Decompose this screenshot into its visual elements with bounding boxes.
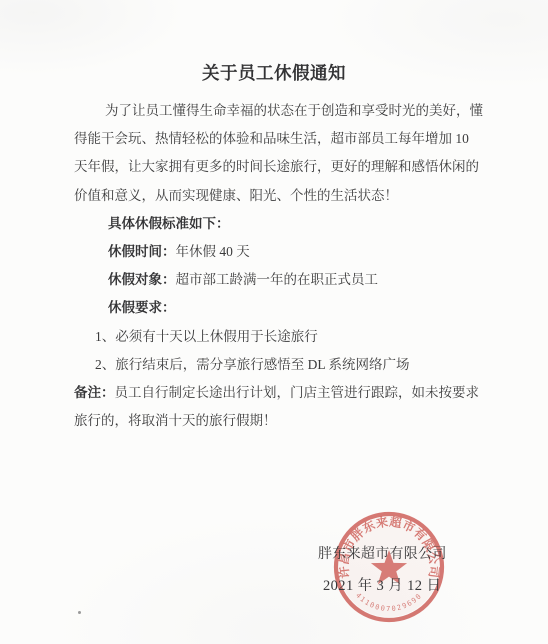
document-title: 关于员工休假通知 xyxy=(0,60,548,85)
signature-company: 胖东来超市有限公司 xyxy=(318,543,447,563)
vacation-time-line: 休假时间：年休假 40 天 xyxy=(74,238,470,266)
requirements-header: 休假要求： xyxy=(74,294,470,322)
note-label: 备注： xyxy=(74,385,115,400)
notice-document: 关于员工休假通知 为了让员工懂得生命幸福的状态在于创造和享受时光的美好，懂 得能… xyxy=(0,0,548,644)
vacation-target-label: 休假对象： xyxy=(108,272,176,287)
company-seal-stamp: 许昌市胖东来超市有限公司 4110007029690 xyxy=(333,504,445,630)
requirement-item-1: 1、必须有十天以上休假用于长途旅行 xyxy=(74,323,470,351)
note-line-1: 备注：员工自行制定长途出行计划，门店主管进行跟踪，如未按要求 xyxy=(74,379,470,407)
vacation-time-label: 休假时间： xyxy=(108,244,176,259)
vacation-target-value: 超市部工龄满一年的在职正式员工 xyxy=(176,272,379,287)
intro-line-2: 得能干会玩、热情轻松的体验和品味生活，超市部员工每年增加 10 xyxy=(74,125,470,153)
signature-date: 2021 年 3 月 12 日 xyxy=(323,574,441,595)
vacation-time-value: 年休假 40 天 xyxy=(176,244,250,259)
document-body: 为了让员工懂得生命幸福的状态在于创造和享受时光的美好，懂 得能干会玩、热情轻松的… xyxy=(74,97,470,435)
intro-line-1: 为了让员工懂得生命幸福的状态在于创造和享受时光的美好，懂 xyxy=(74,97,470,125)
note-line-2: 旅行的，将取消十天的旅行假期！ xyxy=(74,407,470,435)
standards-header: 具体休假标准如下： xyxy=(74,210,470,238)
note-text-1: 员工自行制定长途出行计划，门店主管进行跟踪，如未按要求 xyxy=(115,385,480,400)
scan-artifact-speck xyxy=(78,611,81,614)
intro-line-3: 天年假，让大家拥有更多的时间长途旅行，更好的理解和感悟休闲的 xyxy=(74,153,470,181)
vacation-target-line: 休假对象：超市部工龄满一年的在职正式员工 xyxy=(74,266,470,294)
requirement-item-2: 2、旅行结束后，需分享旅行感悟至 DL 系统网络广场 xyxy=(74,351,470,379)
intro-line-4: 价值和意义，从而实现健康、阳光、个性的生活状态！ xyxy=(74,182,470,210)
